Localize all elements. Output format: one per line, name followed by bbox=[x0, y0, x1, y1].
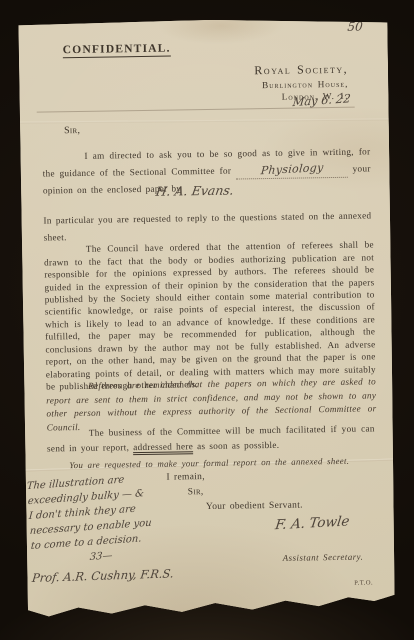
closing-sir: Sir, bbox=[188, 487, 204, 497]
council-instructions-paragraph: The Council have ordered that the attent… bbox=[44, 239, 376, 394]
author-name-handwritten: H. A. Evans. bbox=[155, 183, 235, 199]
send-report-paragraph: The business of the Committee will be mu… bbox=[47, 422, 375, 456]
pto-marker: P.T.O. bbox=[354, 579, 373, 586]
committee-blank-line: Physiology bbox=[236, 160, 348, 179]
addressee-handwritten: Prof. A.R. Cushny, F.R.S. bbox=[31, 566, 174, 585]
closing-obedient-servant: Your obedient Servant. bbox=[206, 501, 303, 513]
signature-title: Assistant Secretary. bbox=[283, 552, 364, 563]
date-text: May 6. 22 bbox=[292, 91, 351, 109]
committee-name-handwritten: Physiology bbox=[260, 160, 324, 180]
page-number-text: 50 bbox=[347, 20, 364, 34]
formal-report-note: You are requested to make your formal re… bbox=[24, 455, 394, 471]
scan-background: 50 CONFIDENTIAL. Royal Society, Burlingt… bbox=[0, 0, 414, 640]
page-number: 50 bbox=[347, 20, 362, 34]
signature-handwritten: F. A. Towle bbox=[274, 513, 350, 533]
salutation: Sir, bbox=[64, 125, 80, 136]
margin-note-handwritten: The illustration are exceedingly bulky —… bbox=[26, 468, 192, 569]
addressed-here-emphasis: addressed here bbox=[133, 441, 193, 455]
handwritten-date: May 6. 22 bbox=[292, 89, 350, 109]
confidential-stamp: CONFIDENTIAL. bbox=[63, 43, 171, 59]
author-line: H. A. Evans. bbox=[95, 181, 295, 202]
letter-page: 50 CONFIDENTIAL. Royal Society, Burlingt… bbox=[17, 17, 396, 621]
send-report-after: as soon as possible. bbox=[193, 440, 279, 451]
letterhead-society: Royal Society, bbox=[254, 62, 348, 78]
paper-crease bbox=[19, 118, 389, 123]
